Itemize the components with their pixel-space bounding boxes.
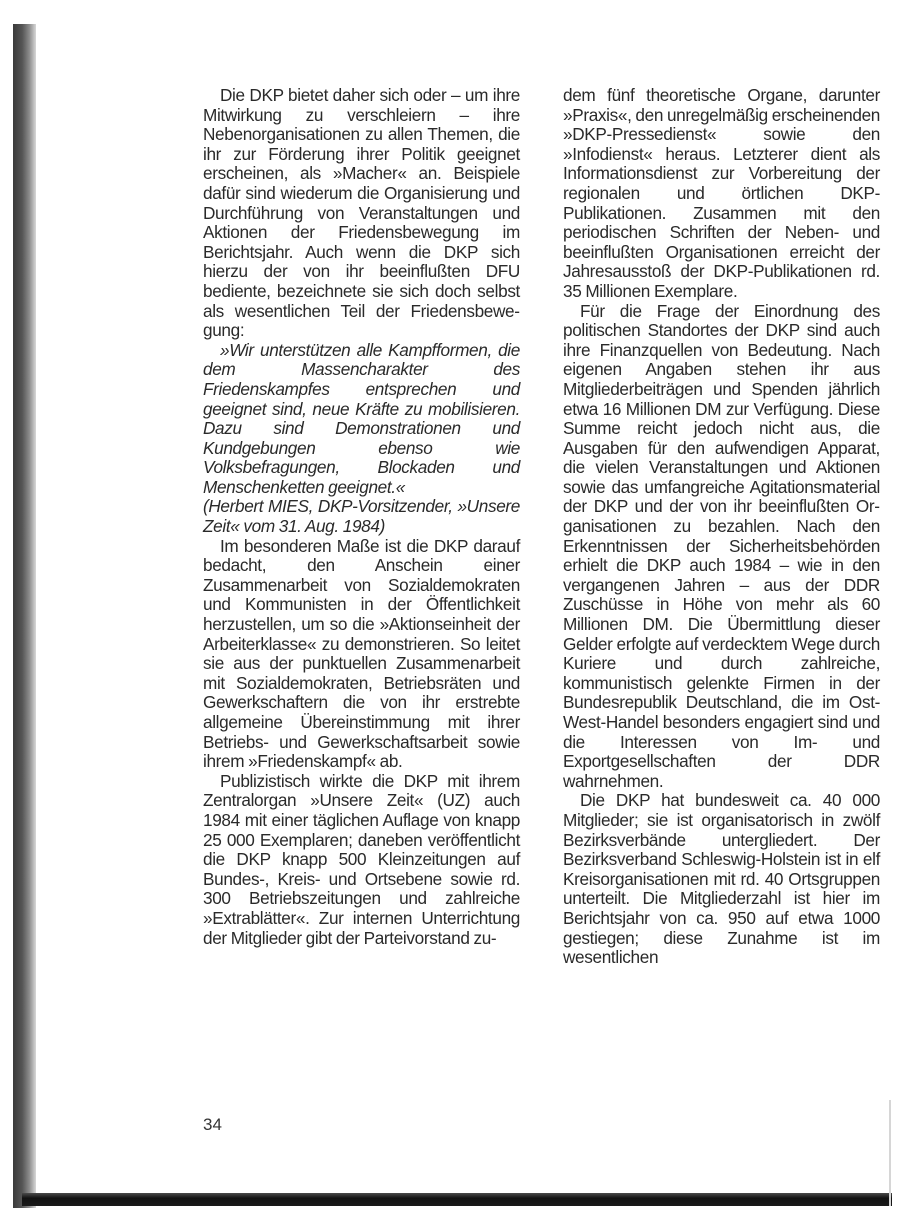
paragraph-finanzquellen: Für die Frage der Einordnung des politis… bbox=[563, 302, 880, 792]
left-text-column: Die DKP bietet daher sich oder – um ihre… bbox=[203, 86, 520, 948]
quote-mies: »Wir unterstützen alle Kampffor­men, die… bbox=[203, 341, 520, 498]
paragraph-dkp-macher: Die DKP bietet daher sich oder – um ihre… bbox=[203, 86, 520, 341]
book-spine-shadow bbox=[13, 24, 36, 1208]
paragraph-aktionseinheit: Im besonderen Maße ist die DKP darauf be… bbox=[203, 537, 520, 772]
paragraph-organe-continued: dem fünf theoretische Organe, darun­ter … bbox=[563, 86, 880, 302]
quote-source: (Herbert MIES, DKP-Vorsitzender, »Unsere… bbox=[203, 497, 520, 536]
paragraph-mitglieder: Die DKP hat bundesweit ca. 40 000 Mitgli… bbox=[563, 791, 880, 967]
page-right-edge bbox=[889, 1100, 891, 1206]
page-number: 34 bbox=[203, 1115, 222, 1135]
right-text-column: dem fünf theoretische Organe, darun­ter … bbox=[563, 86, 880, 968]
page-bottom-edge bbox=[22, 1193, 892, 1206]
paragraph-publizistisch: Publizistisch wirkte die DKP mit ih­rem … bbox=[203, 772, 520, 948]
